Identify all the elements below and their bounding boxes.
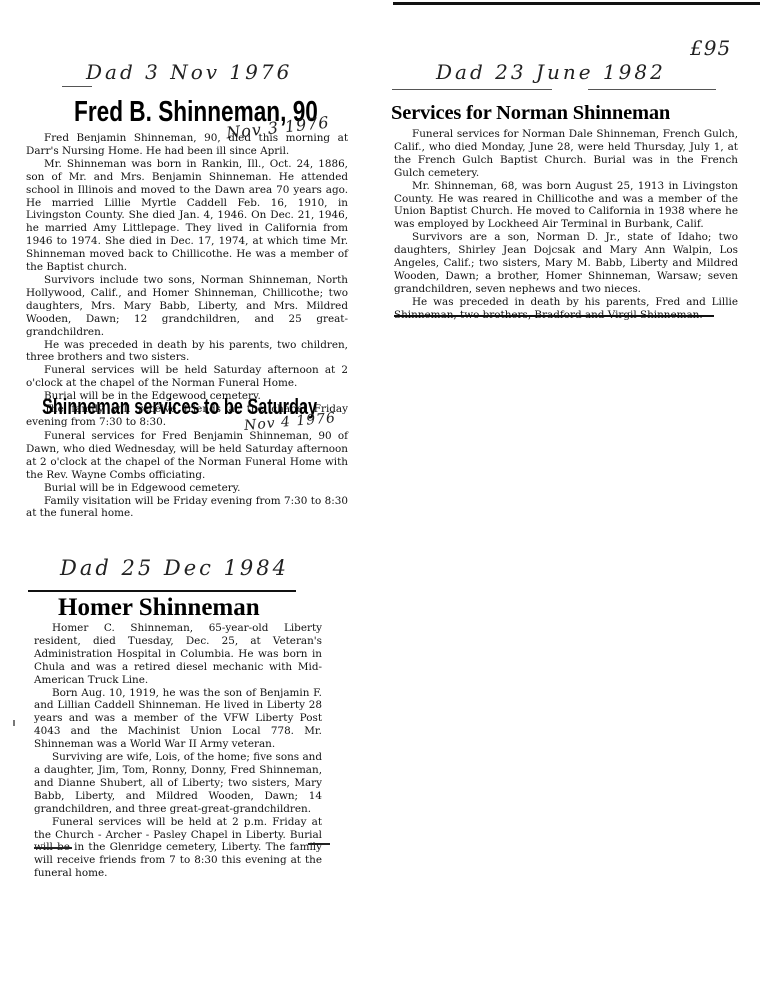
paragraph: Surviving are wife, Lois, of the home; f… [34, 751, 322, 816]
top-rule [393, 2, 760, 5]
paragraph: Born Aug. 10, 1919, he was the son of Be… [34, 687, 322, 752]
article-homer: Homer C. Shinneman, 65-year-old Liberty … [34, 622, 322, 880]
divider [392, 89, 552, 90]
margin-mark [13, 720, 15, 726]
paragraph: Family visitation will be Friday evening… [26, 495, 348, 521]
divider [62, 86, 92, 87]
end-mark [308, 843, 330, 845]
paragraph: Funeral services will be held at 2 p.m. … [34, 816, 322, 881]
paragraph: He was preceded in death by his parents,… [26, 339, 348, 365]
article-fred-services: Funeral services for Fred Benjamin Shinn… [26, 430, 348, 520]
end-mark [34, 847, 72, 849]
paragraph: Fred Benjamin Shinneman, 90, died this m… [26, 132, 348, 158]
scanned-page: £95 Dad 3 Nov 1976 Fred B. Shinneman, 90… [0, 0, 760, 985]
top-rule-homer [28, 590, 296, 592]
article-norman: Funeral services for Norman Dale Shinnem… [394, 128, 738, 322]
paragraph: Mr. Shinneman was born in Rankin, Ill., … [26, 158, 348, 274]
headline-norman: Services for Norman Shinneman [391, 102, 670, 125]
handwritten-date-homer: Dad 25 Dec 1984 [60, 556, 289, 580]
paragraph: Mr. Shinneman, 68, was born August 25, 1… [394, 180, 738, 232]
paragraph: Burial will be in Edgewood cemetery. [26, 482, 348, 495]
bottom-rule-norman [394, 315, 714, 317]
divider [588, 89, 716, 90]
paragraph: Survivors include two sons, Norman Shinn… [26, 274, 348, 339]
paragraph: Homer C. Shinneman, 65-year-old Liberty … [34, 622, 322, 687]
paragraph: He was preceded in death by his parents,… [394, 296, 738, 322]
paragraph: Survivors are a son, Norman D. Jr., stat… [394, 231, 738, 296]
paragraph: Funeral services for Fred Benjamin Shinn… [26, 430, 348, 482]
headline-homer: Homer Shinneman [58, 594, 260, 622]
paragraph: Funeral services for Norman Dale Shinnem… [394, 128, 738, 180]
paragraph: Funeral services will be held Saturday a… [26, 364, 348, 390]
handwritten-date-norman: Dad 23 June 1982 [436, 60, 666, 84]
handwritten-date-fred: Dad 3 Nov 1976 [86, 60, 292, 84]
article-fred: Fred Benjamin Shinneman, 90, died this m… [26, 132, 348, 429]
corner-annotation: £95 [690, 36, 731, 60]
